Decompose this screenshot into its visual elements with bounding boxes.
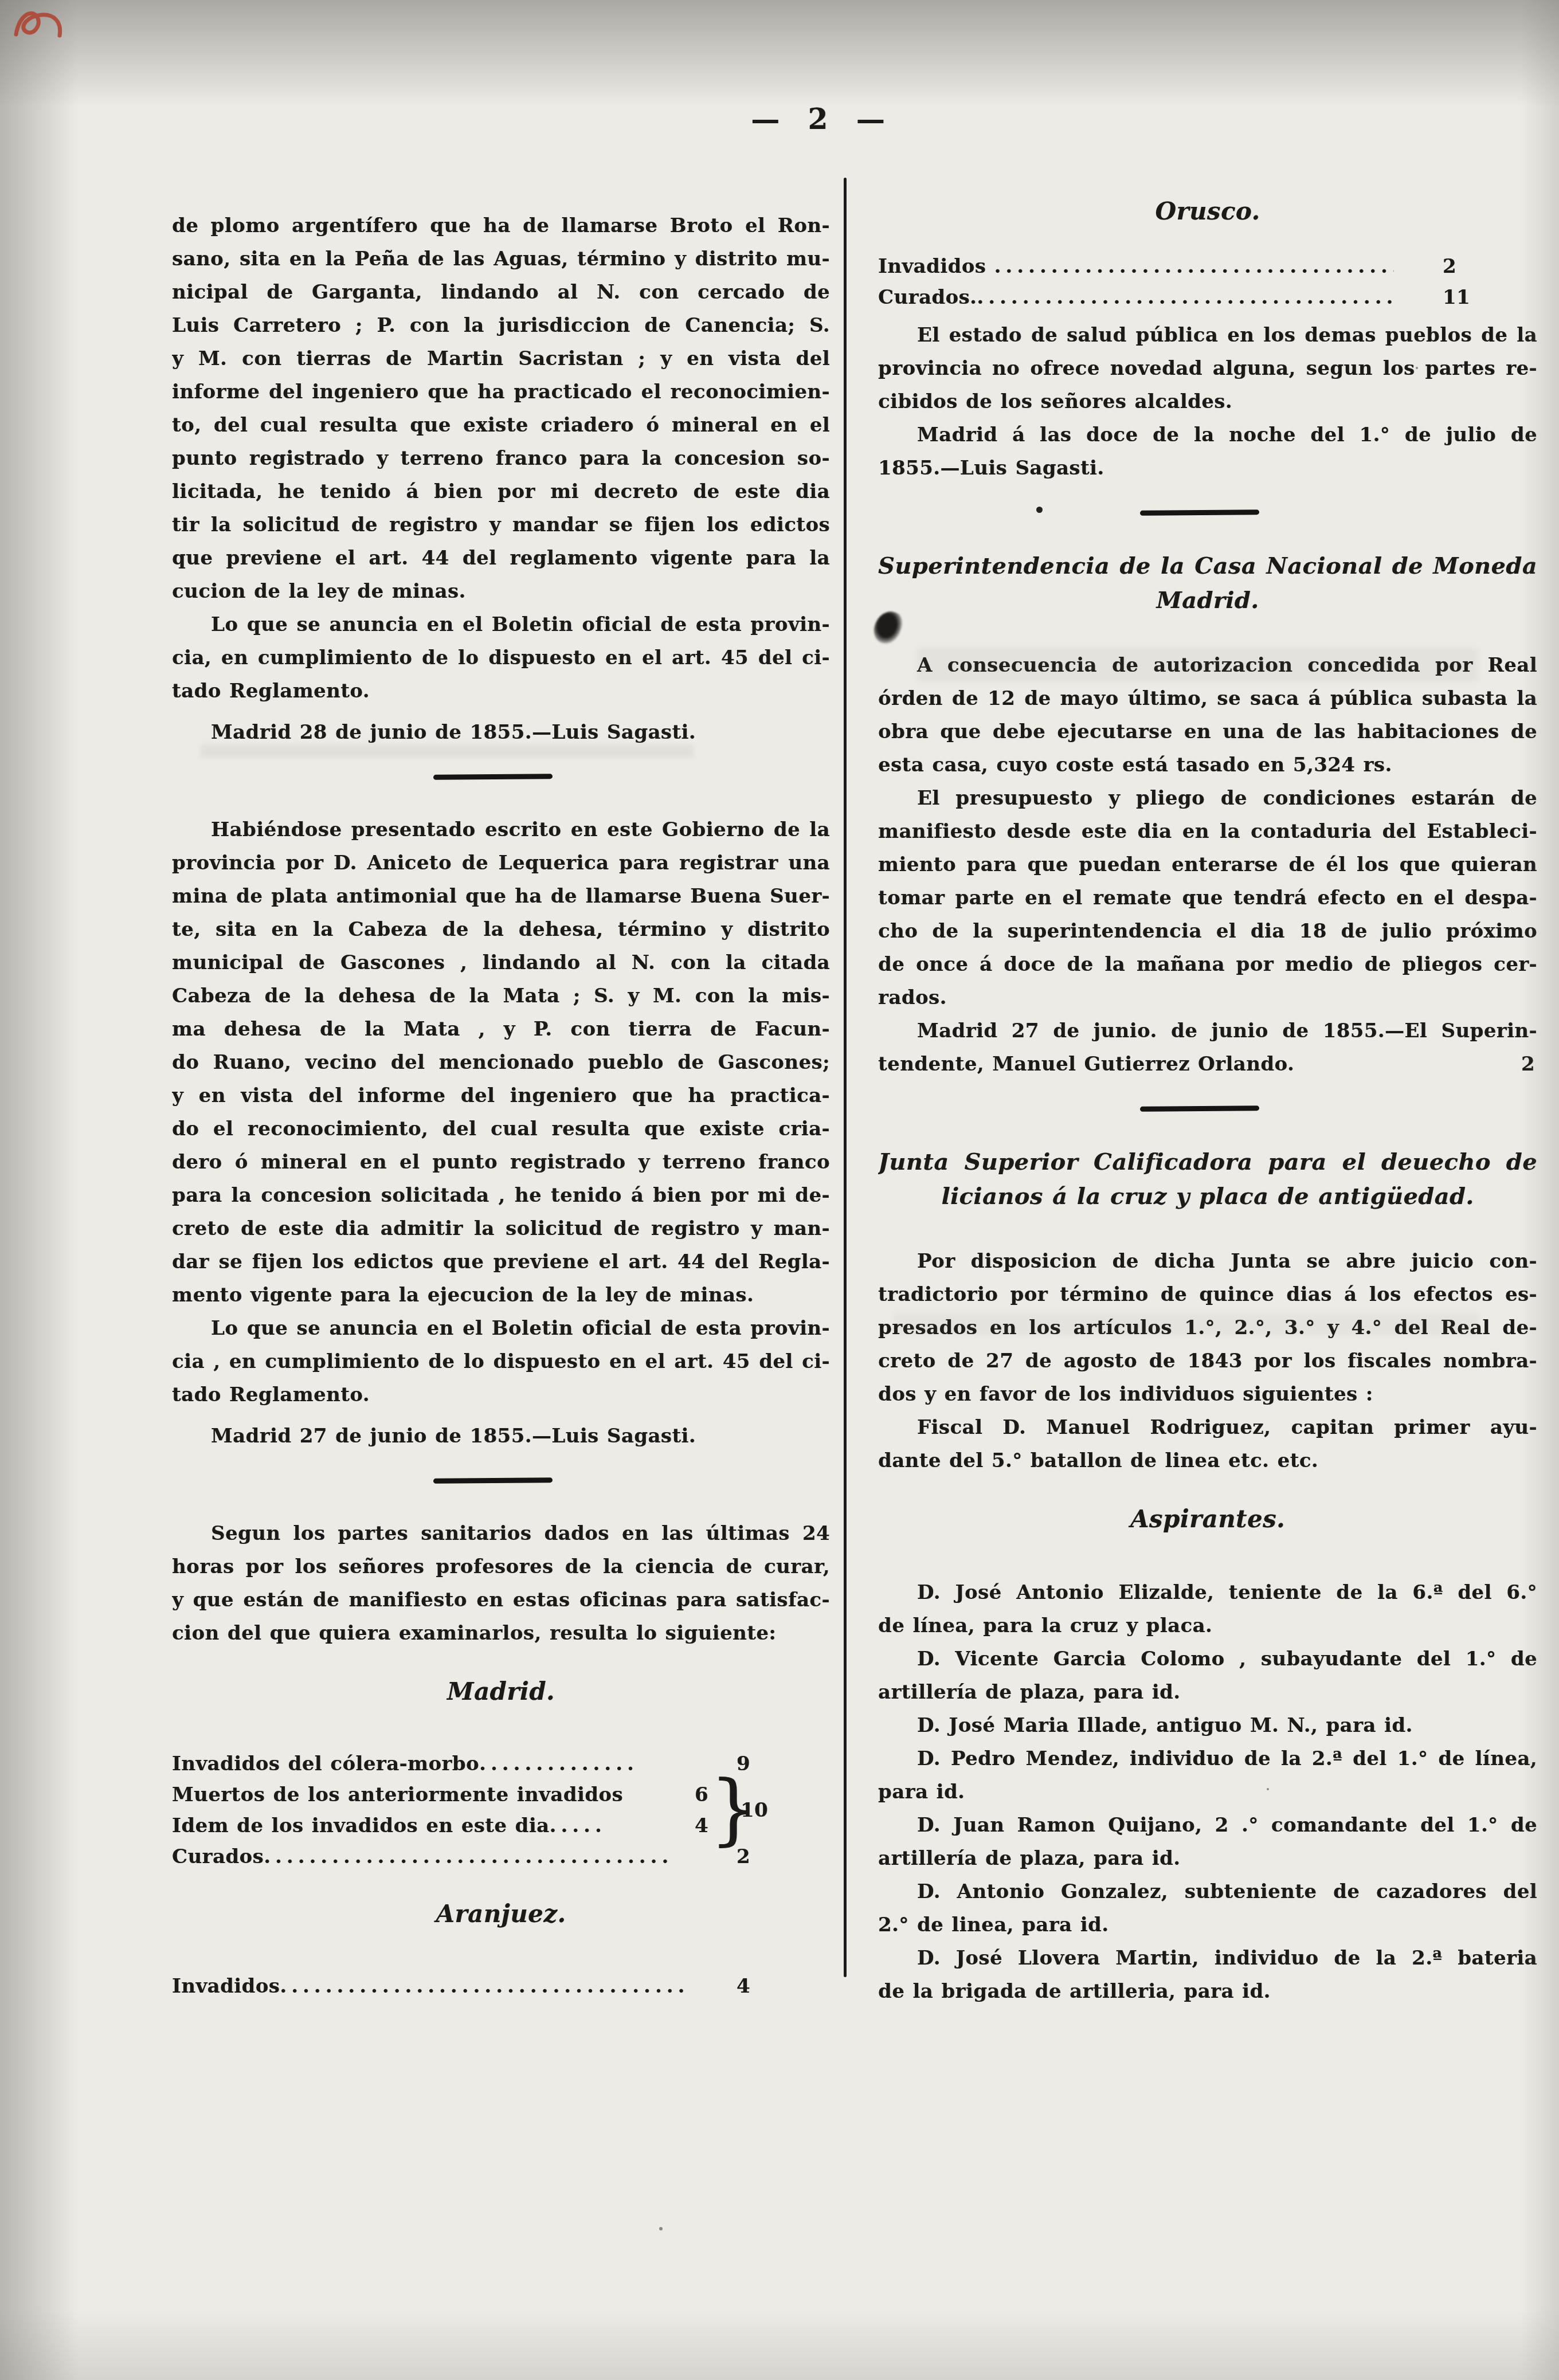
column-divider-rule [844,178,847,1977]
text-line: tendente, Manuel Gutierrez Orlando.2 [878,1048,1537,1081]
stat-row: Invadidos...............................… [172,1971,830,2002]
text-line: cucion de la ley de minas. [172,575,830,608]
text-line: 2.° de linea, para id. [878,1908,1537,1942]
paragraph: Madrid á las doce de la noche del 1.° de… [878,418,1537,485]
text-line: artillería de plaza, para id. [878,1842,1537,1875]
scanned-document-page: — 2 — de plomo argentífero que ha de lla… [0,0,1559,2380]
text-line: de línea, para la cruz y placa. [878,1609,1537,1642]
text-line: manifiesto desde este dia en la contadur… [878,815,1537,848]
stat-value: 2 [1443,251,1456,282]
stat-label-text: Muertos de los anteriormente invadidos [172,1783,623,1806]
paragraph: A consecuencia de autorizacion concedida… [878,649,1537,782]
text-line: Cabeza de la dehesa de la Mata ; S. y M.… [172,979,830,1013]
stat-value: 11 [1443,282,1470,313]
column-left: de plomo argentífero que ha de llamarse … [172,209,830,2007]
text-line: y M. con tierras de Martin Sacristan ; y… [172,342,830,375]
paragraph: D. Antonio Gonzalez, subteniente de caza… [878,1875,1537,1942]
divider-rule [433,1477,553,1484]
text-line: D. José Maria Illade, antiguo M. N., par… [878,1709,1537,1742]
divider-rule [1140,509,1259,516]
text-line: Segun los partes sanitarios dados en las… [172,1517,830,1550]
text-line: to, del cual resulta que existe criadero… [172,409,830,442]
text-line: miento para que puedan enterarse de él l… [878,848,1537,881]
text-line: provincia no ofrece novedad alguna, segu… [878,352,1537,385]
text-line: que previene el art. 44 del reglamento v… [172,542,830,575]
paper-speck [1416,367,1418,369]
stat-label-text: Curados [172,1845,264,1868]
text-line: esta casa, cuyo coste está tasado en 5,3… [878,748,1537,782]
section-divider [172,1478,830,1485]
section-title: Superintendencia de la Casa Nacional de … [878,549,1537,618]
stat-label: Invadidos ..............................… [878,251,1394,282]
statistics-table: Invadidos...............................… [172,1971,830,2002]
text-line: tomar parte en el remate que tendrá efec… [878,881,1537,915]
title-line: Madrid. [878,583,1537,618]
text-line: D. Antonio Gonzalez, subteniente de caza… [878,1875,1537,1908]
text-line: Madrid á las doce de la noche del 1.° de… [878,418,1537,452]
paragraph: D. José Antonio Elizalde, teniente de la… [878,1576,1537,1642]
text-line: cibidos de los señores alcaldes. [878,385,1537,418]
text-line: mina de plata antimonial que ha de llama… [172,880,830,913]
paper-speck [401,1264,404,1266]
text-line: D. Juan Ramon Quijano, 2 .° comandante d… [878,1809,1537,1842]
dot-leader: ..... [550,1814,606,1837]
paragraph: El presupuesto y pliego de condiciones e… [878,782,1537,1014]
stat-label: Invadidos del cólera-morbo.............. [172,1748,688,1779]
title-line: Junta Superior Calificadora para el deue… [878,1145,1537,1179]
text-line: y en vista del informe del ingeniero que… [172,1079,830,1112]
section-divider [878,1106,1537,1113]
brace-total: 10 [741,1779,768,1841]
text-line: cion del que quiera examinarlos, resulta… [172,1617,830,1650]
text-line: cia, en cumplimiento de lo dispuesto en … [172,641,830,675]
text-line: de once á doce de la mañana por medio de… [878,948,1537,981]
dot-leader: ...................................... [977,286,1394,309]
section-heading: Aranjuez. [172,1897,830,1931]
paper-speck [659,2227,663,2230]
paragraph: D. Vicente Garcia Colomo , subayudante d… [878,1642,1537,1709]
paragraph: D. Juan Ramon Quijano, 2 .° comandante d… [878,1809,1537,1875]
dot-leader: ........................................ [280,1975,688,1998]
stat-label-text: Curados. [878,286,977,309]
text-line: te, sita en la Cabeza de la dehesa, térm… [172,913,830,946]
dot-leader: .............. [479,1752,639,1775]
paragraph: D. José Llovera Martin, individuo de la … [878,1942,1537,2008]
text-line: presados en los artículos 1.°, 2.°, 3.° … [878,1311,1537,1344]
text-line: punto registrado y terreno franco para l… [172,442,830,475]
item-number: 2 [1521,1048,1535,1081]
stat-row: Invadidos ..............................… [878,251,1537,282]
text-line: dos y en favor de los individuos siguien… [878,1378,1537,1411]
text-line: dero ó mineral en el punto registrado y … [172,1146,830,1179]
text-line: dar se fijen los edictos que previene el… [172,1245,830,1279]
text-line: tado Reglamento. [172,1378,830,1411]
stat-label: Invadidos...............................… [172,1971,688,2002]
text-line: ma dehesa de la Mata , y P. con tierra d… [172,1013,830,1046]
paragraph: Madrid 27 de junio. de junio de 1855.—El… [878,1014,1537,1081]
paragraph: Lo que se anuncia en el Boletin oficial … [172,608,830,708]
stat-label-text: Invadidos [172,1975,280,1998]
text-line: A consecuencia de autorizacion concedida… [878,649,1537,682]
statistics-table: Invadidos del cólera-morbo..............… [172,1748,830,1872]
statistics-table: Invadidos ..............................… [878,251,1537,313]
paragraph: Por disposicion de dicha Junta se abre j… [878,1245,1537,1411]
text-line: de la brigada de artilleria, para id. [878,1975,1537,2008]
text-line: dante del 5.° batallon de linea etc. etc… [878,1444,1537,1477]
paragraph: Madrid 27 de junio de 1855.—Luis Sagasti… [172,1420,830,1453]
text-line: tradictorio por término de quince dias á… [878,1278,1537,1311]
text-line: tado Reglamento. [172,675,830,708]
text-line: creto de 27 de agosto de 1843 por los fi… [878,1344,1537,1378]
stat-label: Curados.................................… [172,1841,688,1872]
text-line: Madrid 27 de junio. de junio de 1855.—El… [878,1014,1537,1048]
paragraph: Segun los partes sanitarios dados en las… [172,1517,830,1650]
text-line: Madrid 28 de junio de 1855.—Luis Sagasti… [172,716,830,749]
text-line: D. José Llovera Martin, individuo de la … [878,1942,1537,1975]
text-line: obra que debe ejecutarse en una de las h… [878,715,1537,748]
section-heading: Madrid. [172,1675,830,1708]
text-line: informe del ingeniero que ha practicado … [172,375,830,409]
text-line: creto de este dia admitir la solicitud d… [172,1212,830,1245]
paragraph: D. Pedro Mendez, individuo de la 2.ª del… [878,1742,1537,1809]
title-line: licianos á la cruz y placa de antigüedad… [878,1179,1537,1214]
stat-label-text: Idem de los invadidos en este dia [172,1814,550,1837]
section-title: Junta Superior Calificadora para el deue… [878,1145,1537,1214]
text-line: cia , en cumplimiento de lo dispuesto en… [172,1345,830,1378]
paragraph: El estado de salud pública en los demas … [878,319,1537,418]
stat-row: Curados.................................… [878,282,1537,313]
text-line: y que están de manifiesto en estas ofici… [172,1583,830,1617]
paper-speck [1267,1788,1269,1790]
title-line: Superintendencia de la Casa Nacional de … [878,549,1537,583]
text-line: Luis Carretero ; P. con la jurisdiccion … [172,309,830,342]
dot-leader: ........................................ [994,255,1394,278]
brace-glyph: } [710,1778,738,1841]
paragraph: Habiéndose presentado escrito en este Go… [172,813,830,1312]
text-line: nicipal de Garganta, lindando al N. con … [172,276,830,309]
stat-label: Curados.................................… [878,282,1394,313]
paragraph: de plomo argentífero que ha de llamarse … [172,209,830,608]
column-right: Orusco.Invadidos .......................… [878,195,1537,2008]
text-line: El presupuesto y pliego de condiciones e… [878,782,1537,815]
stat-label: Idem de los invadidos en este dia..... [172,1810,688,1841]
paragraph: Lo que se anuncia en el Boletin oficial … [172,1312,830,1411]
stat-label-text: Invadidos [878,255,994,278]
text-line: provincia por D. Aniceto de Lequerica pa… [172,846,830,880]
text-line: artillería de plaza, para id. [878,1676,1537,1709]
paragraph: Madrid 28 de junio de 1855.—Luis Sagasti… [172,716,830,749]
stat-label: Muertos de los anteriormente invadidos [172,1779,688,1810]
divider-rule [1140,1105,1259,1112]
text-line: El estado de salud pública en los demas … [878,319,1537,352]
text-line: tir la solicitud de registro y mandar se… [172,508,830,542]
section-divider [878,510,1537,517]
page-number: — 2 — [691,102,954,136]
text-line: 1855.—Luis Sagasti. [878,452,1537,485]
dot-leader: .................................... [264,1845,673,1868]
text-line: horas por los señores profesores de la c… [172,1550,830,1583]
section-heading: Aspirantes. [878,1503,1537,1536]
text-line: D. José Antonio Elizalde, teniente de la… [878,1576,1537,1609]
paragraph: D. José Maria Illade, antiguo M. N., par… [878,1709,1537,1742]
text-line: Fiscal D. Manuel Rodriguez, capitan prim… [878,1411,1537,1444]
text-line: Lo que se anuncia en el Boletin oficial … [172,608,830,641]
section-heading: Orusco. [878,195,1537,228]
text-line: órden de 12 de mayo último, se saca á pú… [878,682,1537,715]
stat-value: 6 [695,1779,708,1810]
divider-rule [433,774,553,780]
stat-label-text: Invadidos del cólera-morbo [172,1752,479,1775]
stat-value: 4 [737,1971,750,2002]
section-divider [172,774,830,781]
text-line: Por disposicion de dicha Junta se abre j… [878,1245,1537,1278]
text-line: cho de la superintendencia el dia 18 de … [878,915,1537,948]
text-line: D. Pedro Mendez, individuo de la 2.ª del… [878,1742,1537,1775]
text-line: licitada, he tenido á bien por mi decret… [172,475,830,508]
text-line: para id. [878,1775,1537,1809]
text-line: Habiéndose presentado escrito en este Go… [172,813,830,846]
text-line: do el reconocimiento, del cual resulta q… [172,1112,830,1146]
text-line: de plomo argentífero que ha de llamarse … [172,209,830,242]
text-line: para la concesion solicitada , he tenido… [172,1179,830,1212]
text-line: mento vigente para la ejecucion de la le… [172,1279,830,1312]
text-line: rados. [878,981,1537,1014]
text-line: D. Vicente Garcia Colomo , subayudante d… [878,1642,1537,1676]
text-line: municipal de Gascones , lindando al N. c… [172,946,830,979]
paragraph: Fiscal D. Manuel Rodriguez, capitan prim… [878,1411,1537,1477]
text-line: Madrid 27 de junio de 1855.—Luis Sagasti… [172,1420,830,1453]
text-line: sano, sita en la Peña de las Aguas, térm… [172,242,830,276]
red-pen-scribble [8,3,77,49]
text-line: do Ruano, vecino del mencionado pueblo d… [172,1046,830,1079]
stat-value: 4 [695,1810,708,1841]
divider-dot [1036,507,1043,513]
text-line: Lo que se anuncia en el Boletin oficial … [172,1312,830,1345]
